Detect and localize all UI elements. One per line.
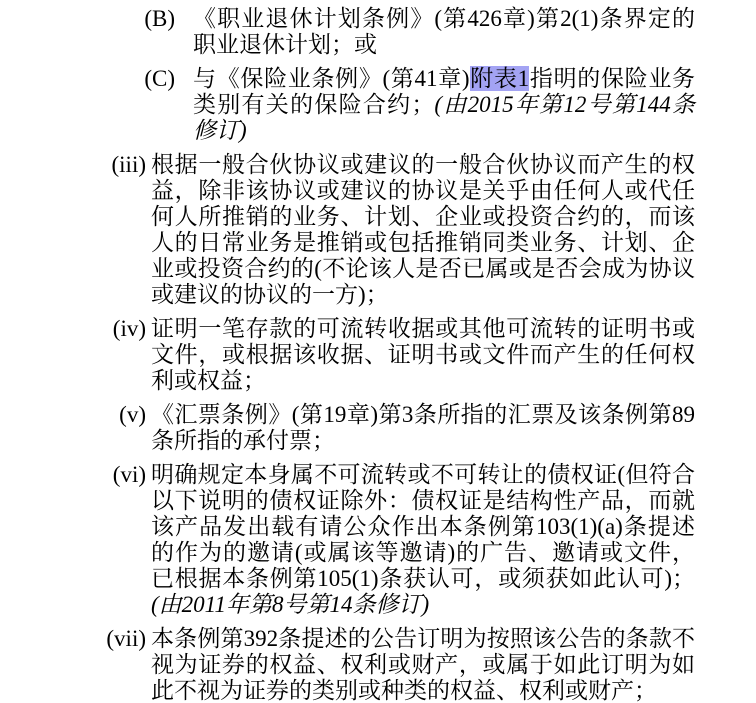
text-segment: 《职业退休计划条例》(第426章)第2(1)条界定的职业退休计划；或	[193, 6, 695, 57]
item-text: 《汇票条例》(第19章)第3条所指的汇票及该条例第89条所指的承付票；	[151, 402, 695, 454]
list-item-vi: (vi) 明确规定本身属不可流转或不可转让的债权证(但符合以下说明的债权证除外：…	[0, 462, 756, 618]
item-marker: (v)	[0, 402, 146, 428]
text-segment: 《汇票条例》(第19章)第3条所指的汇票及该条例第89条所指的承付票；	[151, 402, 695, 453]
document-page: (B) 《职业退休计划条例》(第426章)第2(1)条界定的职业退休计划；或 (…	[0, 0, 756, 703]
item-marker: (B)	[0, 6, 175, 32]
item-text: 《职业退休计划条例》(第426章)第2(1)条界定的职业退休计划；或	[193, 6, 695, 58]
item-marker: (vi)	[0, 462, 146, 488]
text-segment: 根据一般合伙协议或建议的一般合伙协议而产生的权益，除非该协议或建议的协议是关乎由…	[151, 152, 695, 307]
item-text: 本条例第392条提述的公告订明为按照该公告的条款不视为证券的权益、权利或财产，或…	[151, 626, 695, 703]
list-item-v: (v) 《汇票条例》(第19章)第3条所指的汇票及该条例第89条所指的承付票；	[0, 402, 756, 454]
list-item-vii: (vii) 本条例第392条提述的公告订明为按照该公告的条款不视为证券的权益、权…	[0, 626, 756, 703]
amendment-note: (由2011年第8号第14条修订)	[151, 592, 429, 617]
list-item-iii: (iii) 根据一般合伙协议或建议的一般合伙协议而产生的权益，除非该协议或建议的…	[0, 152, 756, 308]
item-marker: (iii)	[0, 152, 146, 178]
text-segment: 本条例第392条提述的公告订明为按照该公告的条款不视为证券的权益、权利或财产，或…	[151, 626, 695, 703]
list-item-C: (C) 与《保险业条例》(第41章)附表1指明的保险业务类别有关的保险合约；(由…	[0, 66, 756, 144]
text-segment: 明确规定本身属不可流转或不可转让的债权证(但符合以下说明的债权证除外：债权证是结…	[151, 462, 695, 591]
item-marker: (C)	[0, 66, 175, 92]
text-segment: 与《保险业条例》(第41章)	[193, 66, 470, 91]
item-text: 根据一般合伙协议或建议的一般合伙协议而产生的权益，除非该协议或建议的协议是关乎由…	[151, 152, 695, 308]
item-text: 与《保险业条例》(第41章)附表1指明的保险业务类别有关的保险合约；(由2015…	[193, 66, 695, 144]
list-item-B: (B) 《职业退休计划条例》(第426章)第2(1)条界定的职业退休计划；或	[0, 6, 756, 58]
item-marker: (iv)	[0, 316, 146, 342]
search-highlight: 附表1	[470, 66, 530, 91]
list-item-iv: (iv) 证明一笔存款的可流转收据或其他可流转的证明书或文件，或根据该收据、证明…	[0, 316, 756, 394]
item-text: 明确规定本身属不可流转或不可转让的债权证(但符合以下说明的债权证除外：债权证是结…	[151, 462, 695, 618]
item-marker: (vii)	[0, 626, 146, 652]
text-segment: 证明一笔存款的可流转收据或其他可流转的证明书或文件，或根据该收据、证明书或文件而…	[151, 316, 695, 393]
item-text: 证明一笔存款的可流转收据或其他可流转的证明书或文件，或根据该收据、证明书或文件而…	[151, 316, 695, 394]
